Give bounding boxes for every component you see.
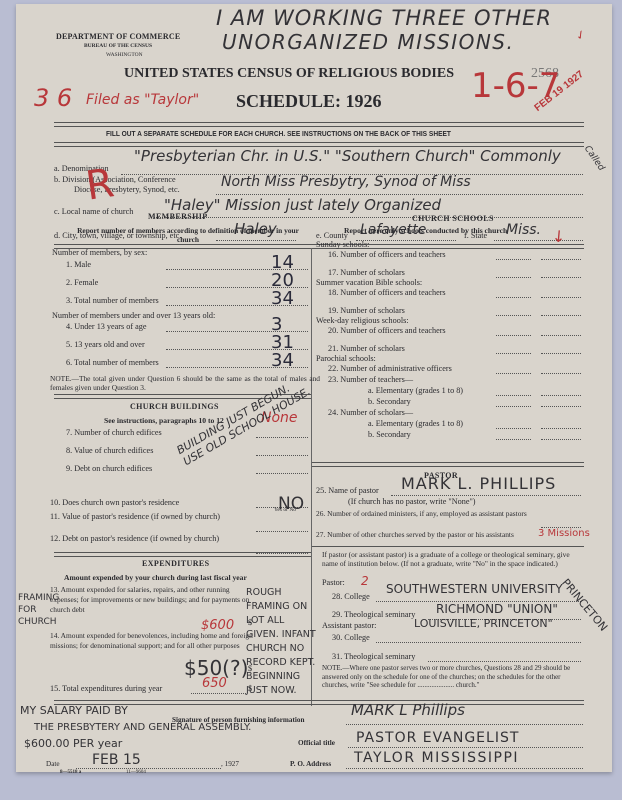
form-title: UNITED STATES CENSUS OF RELIGIOUS BODIES	[124, 66, 454, 82]
college-value[interactable]: SOUTHWESTERN UNIVERSITY	[386, 582, 563, 596]
school-item-field[interactable]	[541, 406, 581, 407]
dollar-13: $	[248, 618, 252, 627]
department-name: DEPARTMENT OF COMMERCE	[56, 32, 180, 41]
census-schedule-form: DEPARTMENT OF COMMERCE BUREAU OF THE CEN…	[16, 4, 612, 772]
item-13-label: 13. Amount expended for salaries, repair…	[50, 585, 255, 615]
membership-item-label: 6. Total number of members	[66, 358, 159, 367]
assistant-pastor-label: Assistant pastor:	[322, 621, 376, 630]
by-age-label: Number of members under and over 13 year…	[52, 311, 215, 320]
pastor-name-value[interactable]: MARK L. PHILLIPS	[401, 474, 556, 493]
school-item-field[interactable]	[541, 353, 581, 354]
date-value[interactable]: FEB 15	[92, 752, 141, 768]
church-schools-subheading: Report here only schools conducted by th…	[344, 226, 507, 235]
po-address-label: P. O. Address	[290, 760, 331, 768]
membership-item-label: 1. Male	[66, 260, 91, 269]
po-address-value[interactable]: TAYLOR MISSISSIPPI	[354, 750, 519, 766]
item-28-label: 28. College	[332, 592, 370, 601]
expenditures-side-note: ROUGH FRAMING ON LOT ALL GIVEN. INFANT C…	[246, 586, 316, 698]
assistant-pastor-value[interactable]: LOUISVILLE, PRINCETON"	[414, 617, 553, 630]
membership-item-label: 5. 13 years old and over	[66, 340, 145, 349]
date-year: , 1927	[221, 760, 239, 768]
signature-value[interactable]: MARK L Phillips	[351, 701, 465, 719]
division-value[interactable]: North Miss Presbytry, Synod of Miss	[221, 174, 471, 190]
school-item-label: 21. Number of scholars	[328, 344, 405, 353]
church-buildings-heading: CHURCH BUILDINGS	[130, 402, 219, 411]
school-item-field[interactable]	[541, 373, 581, 374]
red-r-mark: R	[83, 160, 117, 209]
school-item-label: 18. Number of officers and teachers	[328, 288, 446, 297]
item-27-label: 27. Number of other churches served by t…	[316, 530, 536, 540]
graduate-note: If pastor (or assistant pastor) is a gra…	[322, 550, 582, 568]
church-buildings-subheading: See instructions, paragraphs 10 to 12	[104, 416, 224, 425]
pastor-mark: 2	[361, 574, 369, 588]
header-divider	[54, 122, 584, 127]
school-item-field[interactable]	[541, 428, 581, 429]
state-value[interactable]: Miss.	[506, 222, 541, 238]
school-item-field[interactable]	[541, 395, 581, 396]
handwritten-top-note-1: I AM WORKING THREE OTHER	[216, 6, 552, 30]
school-item-field[interactable]	[541, 277, 581, 278]
by-sex-label: Number of members, by sex:	[52, 248, 147, 257]
pastor-label: Pastor:	[322, 578, 345, 587]
membership-subheading: Report number of members according to de…	[68, 226, 308, 244]
yes-no-hint: Yes or No	[274, 507, 296, 513]
school-item-field[interactable]	[541, 315, 581, 316]
dollar-14: $	[248, 664, 252, 673]
membership-item-value[interactable]: 34	[271, 288, 294, 309]
school-item-field[interactable]	[541, 259, 581, 260]
school-item-label: 22. Number of administrative officers	[328, 364, 452, 373]
item-15-value[interactable]: 650	[202, 676, 227, 691]
denomination-value[interactable]: "Presbyterian Chr. in U.S." "Southern Ch…	[134, 147, 561, 165]
official-title-value[interactable]: PASTOR EVANGELIST	[356, 730, 519, 746]
item-26-label: 26. Number of ordained ministers, if any…	[316, 509, 536, 519]
bureau-city: WASHINGTON	[106, 52, 143, 58]
salary-note-1: MY SALARY PAID BY	[20, 704, 128, 717]
buildings-divider	[54, 552, 311, 557]
membership-heading: MEMBERSHIP	[148, 212, 208, 221]
item-31-label: 31. Theological seminary	[332, 652, 415, 661]
schools-divider	[312, 462, 584, 467]
item-30-label: 30. College	[332, 633, 370, 642]
expenditures-heading: EXPENDITURES	[142, 559, 209, 568]
item-29-label: 29. Theological seminary	[332, 610, 415, 619]
handwritten-top-note-2: UNORGANIZED MISSIONS.	[222, 30, 514, 54]
school-item-label: 20. Number of officers and teachers	[328, 326, 446, 335]
school-group-title: Summer vacation Bible schools:	[316, 278, 422, 287]
school-item-label: a. Elementary (grades 1 to 8)	[368, 386, 463, 395]
school-item-label: 23. Number of teachers—	[328, 375, 413, 384]
form-code: 8—5518 a	[60, 770, 81, 775]
division-label-1: b. Division (Association, Conference	[54, 175, 176, 184]
building-item-label: 7. Number of church edifices	[66, 428, 162, 437]
bureau-name: BUREAU OF THE CENSUS	[84, 43, 152, 49]
school-item-field[interactable]	[541, 297, 581, 298]
item-14-label: 14. Amount expended for benevolences, in…	[50, 631, 255, 651]
salary-note-3: $600.00 PER year	[24, 737, 122, 750]
school-item-label: 24. Number of scholars—	[328, 408, 413, 417]
building-item-label: 9. Debt on church edifices	[66, 464, 152, 473]
college-extra-note: PRINCETON	[559, 576, 610, 633]
signature-label: Signature of person furnishing informati…	[172, 716, 304, 724]
expenditures-subheading: Amount expended by your church during la…	[64, 573, 247, 582]
church-schools-heading: CHURCH SCHOOLS	[412, 214, 494, 223]
school-item-field[interactable]	[541, 439, 581, 440]
membership-item-label: 3. Total number of members	[66, 296, 159, 305]
membership-item-label: 4. Under 13 years of age	[66, 322, 146, 331]
school-item-field[interactable]	[541, 335, 581, 336]
building-item-label: 10. Does church own pastor's residence	[50, 498, 179, 507]
date-label: Date	[46, 760, 60, 768]
item-27-value[interactable]: 3 Missions	[538, 528, 590, 539]
schedule-year: SCHEDULE: 1926	[236, 91, 382, 112]
official-title-label: Official title	[298, 739, 335, 747]
school-item-label: b. Secondary	[368, 397, 411, 406]
red-check-mark: ✓	[573, 26, 589, 44]
school-item-label: b. Secondary	[368, 430, 411, 439]
building-item-label: 12. Debt on pastor's residence (if owned…	[50, 534, 250, 544]
pastor-note: NOTE.—Where one pastor serves two or mor…	[322, 664, 584, 690]
item-25-label: 25. Name of pastor	[316, 486, 379, 495]
membership-item-value[interactable]: 34	[271, 350, 294, 371]
building-item-label: 11. Value of pastor's residence (if owne…	[50, 512, 250, 522]
seminary-value[interactable]: RICHMOND "UNION"	[436, 602, 558, 616]
school-item-label: a. Elementary (grades 1 to 8)	[368, 419, 463, 428]
dollar-15: $	[248, 684, 252, 693]
school-group-title: Sunday schools:	[316, 240, 369, 249]
item-15-label: 15. Total expenditures during year	[50, 684, 162, 693]
school-group-title: Week-day religious schools:	[316, 316, 409, 325]
school-item-label: 16. Number of officers and teachers	[328, 250, 446, 259]
membership-item-label: 2. Female	[66, 278, 98, 287]
building-item-label: 8. Value of church edifices	[66, 446, 153, 455]
print-code: 11—9604	[126, 770, 146, 775]
school-group-title: Parochial schools:	[316, 354, 376, 363]
fill-instructions: FILL OUT A SEPARATE SCHEDULE FOR EACH CH…	[106, 129, 451, 138]
called-note: Called	[582, 144, 606, 173]
school-item-label: 19. Number of scholars	[328, 306, 405, 315]
framing-margin-note: FRAMING FOR CHURCH	[18, 592, 58, 628]
item-25-hint: (If church has no pastor, write "None")	[348, 497, 476, 506]
filed-as-note: Filed as "Taylor"	[86, 92, 199, 108]
red-margin-number: 3 6	[34, 84, 72, 112]
school-item-label: 17. Number of scholars	[328, 268, 405, 277]
footer-divider	[54, 700, 584, 705]
